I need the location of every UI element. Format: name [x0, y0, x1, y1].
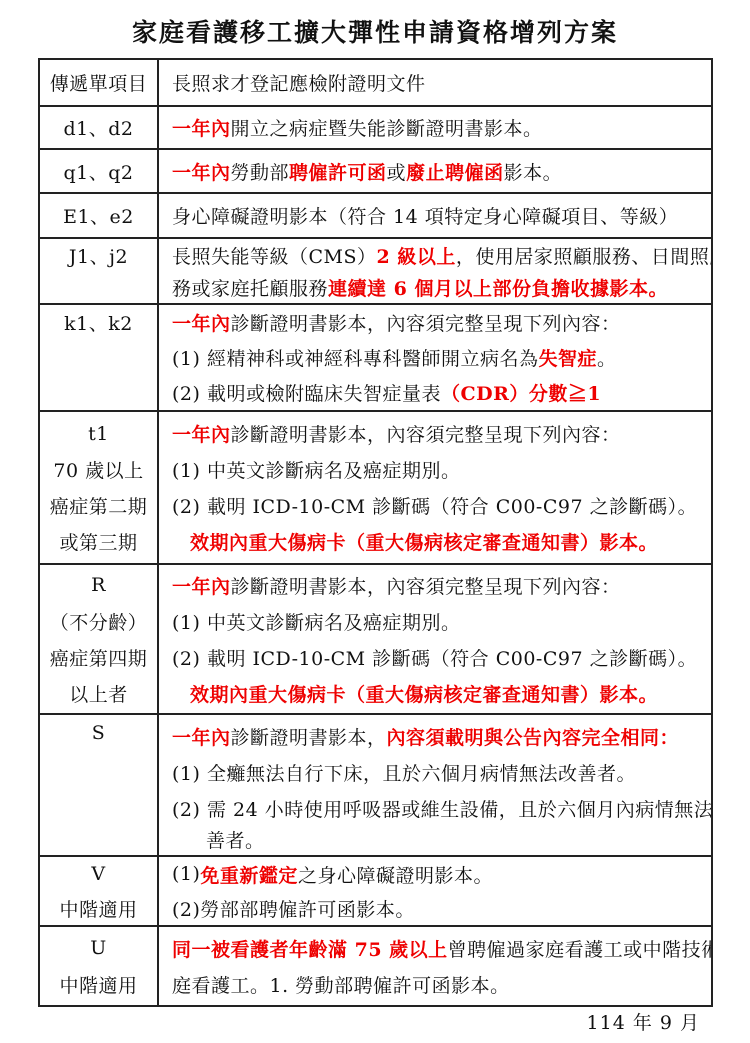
table-row: U中階適用同一被看護者年齡滿 75 歲以上曾聘僱過家庭看護工或中階技術家庭看護工…	[40, 927, 711, 1005]
doc-line: 務或家庭托顧服務連續達 6 個月以上部份負擔收據影本。	[172, 271, 705, 303]
item-line: 或第三期	[59, 524, 137, 560]
doc-line: (1) 經精神科或神經科專科醫師開立病名為失智症。	[172, 340, 705, 375]
document-page: 家庭看護移工擴大彈性申請資格增列方案 傳遞單項目 長照求才登記應檢附證明文件 d…	[0, 0, 750, 1043]
text-segment: 開立之病症暨失能診斷證明書影本。	[231, 114, 543, 141]
table-row: V中階適用(1)免重新鑑定之身心障礙證明影本。(2)勞部部聘僱許可函影本。	[40, 857, 711, 927]
item-line: 70 歲以上	[53, 452, 143, 488]
doc-line: (1) 中英文診斷病名及癌症期別。	[172, 452, 705, 488]
text-segment: 一年內	[172, 158, 231, 185]
item-cell: q1、q2	[40, 150, 159, 192]
item-cell: U中階適用	[40, 927, 159, 1005]
text-segment: 務或家庭托顧服務	[172, 274, 328, 301]
text-segment: 連續達 6 個月以上部份負擔收據影本。	[328, 274, 668, 301]
doc-line: 同一被看護者年齡滿 75 歲以上曾聘僱過家庭看護工或中階技術家	[172, 930, 705, 966]
doc-cell: 一年內診斷證明書影本，內容須完整呈現下列內容：(1) 經精神科或神經科專科醫師開…	[159, 305, 711, 410]
header-doc-cell: 長照求才登記應檢附證明文件	[159, 60, 711, 105]
table-row: d1、d2一年內開立之病症暨失能診斷證明書影本。	[40, 107, 711, 150]
text-segment: 免重新鑑定	[200, 861, 298, 888]
item-line: V	[91, 857, 105, 891]
text-segment: 聘僱許可函	[289, 158, 387, 185]
doc-line: 一年內診斷證明書影本，內容須完整呈現下列內容：	[172, 416, 705, 452]
text-segment: 診斷證明書影本，內容須完整呈現下列內容：	[231, 309, 621, 336]
doc-line: 善者。	[172, 826, 705, 852]
table-row: q1、q2一年內勞動部聘僱許可函或廢止聘僱函影本。	[40, 150, 711, 194]
doc-cell: 身心障礙證明影本（符合 14 項特定身心障礙項目、等級）	[159, 194, 711, 237]
item-cell: d1、d2	[40, 107, 159, 148]
item-cell: V中階適用	[40, 857, 159, 925]
text-segment: 曾聘僱過家庭看護工或中階技術家	[448, 935, 711, 962]
item-line: k1、k2	[64, 305, 133, 340]
table-row: R（不分齡）癌症第四期以上者一年內診斷證明書影本，內容須完整呈現下列內容：(1)…	[40, 565, 711, 715]
text-segment: 內容須載明與公告內容完全相同：	[387, 723, 680, 750]
header-doc-label: 長照求才登記應檢附證明文件	[172, 69, 705, 96]
doc-line: 效期內重大傷病卡（重大傷病核定審查通知書）影本。	[172, 675, 705, 711]
doc-line: (2) 載明 ICD-10-CM 診斷碼（符合 C00-C97 之診斷碼）。	[172, 488, 705, 524]
text-segment: (1) 中英文診斷病名及癌症期別。	[172, 456, 460, 483]
doc-line: 一年內勞動部聘僱許可函或廢止聘僱函影本。	[172, 153, 705, 189]
text-segment: (1)	[172, 863, 200, 885]
item-line: 中階適用	[59, 891, 137, 925]
qualification-table: 傳遞單項目 長照求才登記應檢附證明文件 d1、d2一年內開立之病症暨失能診斷證明…	[38, 58, 713, 1007]
text-segment: 診斷證明書影本，內容須完整呈現下列內容：	[231, 420, 621, 447]
text-segment: 一年內	[172, 723, 231, 750]
text-segment: (2)勞部部聘僱許可函影本。	[172, 895, 415, 922]
text-segment: 失智症	[538, 344, 597, 371]
doc-line: 庭看護工。1. 勞動部聘僱許可函影本。	[172, 966, 705, 1002]
doc-cell: 一年內診斷證明書影本，內容須完整呈現下列內容：(1) 中英文診斷病名及癌症期別。…	[159, 412, 711, 563]
doc-line: (2)勞部部聘僱許可函影本。	[172, 891, 705, 925]
text-segment: 一年內	[172, 114, 231, 141]
item-line: R	[91, 567, 106, 603]
text-segment: (2) 載明 ICD-10-CM 診斷碼（符合 C00-C97 之診斷碼）。	[172, 644, 697, 671]
doc-cell: 同一被看護者年齡滿 75 歲以上曾聘僱過家庭看護工或中階技術家庭看護工。1. 勞…	[159, 927, 711, 1005]
text-segment: 善者。	[206, 826, 265, 853]
doc-cell: 長照失能等級（CMS）2 級以上，使用居家照顧服務、日間照顧服務或家庭托顧服務連…	[159, 239, 711, 303]
item-line: J1、j2	[69, 239, 128, 271]
doc-line: 效期內重大傷病卡（重大傷病核定審查通知書）影本。	[172, 524, 705, 560]
text-segment: 之身心障礙證明影本。	[298, 861, 493, 888]
text-segment: 一年內	[172, 420, 231, 447]
doc-line: (1) 全癱無法自行下床，且於六個月病情無法改善者。	[172, 754, 705, 790]
text-segment: 一年內	[172, 309, 231, 336]
item-line: 癌症第二期	[50, 488, 148, 524]
table-row: E1、e2身心障礙證明影本（符合 14 項特定身心障礙項目、等級）	[40, 194, 711, 239]
doc-cell: 一年內診斷證明書影本，內容須載明與公告內容完全相同：(1) 全癱無法自行下床，且…	[159, 715, 711, 855]
doc-cell: 一年內勞動部聘僱許可函或廢止聘僱函影本。	[159, 150, 711, 192]
text-segment: 廢止聘僱函	[406, 158, 504, 185]
doc-cell: 一年內診斷證明書影本，內容須完整呈現下列內容：(1) 中英文診斷病名及癌症期別。…	[159, 565, 711, 713]
item-cell: t170 歲以上癌症第二期或第三期	[40, 412, 159, 563]
item-line: U	[90, 930, 107, 966]
doc-line: (2) 載明或檢附臨床失智症量表（CDR）分數≧1	[172, 375, 705, 410]
header-item-cell: 傳遞單項目	[40, 60, 159, 105]
doc-line: 一年內診斷證明書影本，內容須載明與公告內容完全相同：	[172, 718, 705, 754]
item-cell: k1、k2	[40, 305, 159, 410]
text-segment: （CDR）分數≧1	[441, 379, 601, 406]
doc-line: (1) 中英文診斷病名及癌症期別。	[172, 603, 705, 639]
table-row: t170 歲以上癌症第二期或第三期一年內診斷證明書影本，內容須完整呈現下列內容：…	[40, 412, 711, 565]
item-line: t1	[88, 416, 109, 452]
text-segment: (2) 載明或檢附臨床失智症量表	[172, 379, 441, 406]
footer-date: 114 年 9 月	[587, 1008, 700, 1035]
text-segment: 效期內重大傷病卡（重大傷病核定審查通知書）影本。	[190, 528, 658, 555]
table-header-row: 傳遞單項目 長照求才登記應檢附證明文件	[40, 60, 711, 107]
text-segment: (1) 經精神科或神經科專科醫師開立病名為	[172, 344, 538, 371]
item-line: S	[92, 715, 106, 750]
item-line: d1、d2	[63, 110, 133, 146]
table-row: k1、k2一年內診斷證明書影本，內容須完整呈現下列內容：(1) 經精神科或神經科…	[40, 305, 711, 412]
item-cell: S	[40, 715, 159, 855]
doc-cell: (1)免重新鑑定之身心障礙證明影本。(2)勞部部聘僱許可函影本。	[159, 857, 711, 925]
item-cell: J1、j2	[40, 239, 159, 303]
doc-line: 一年內診斷證明書影本，內容須完整呈現下列內容：	[172, 305, 705, 340]
item-line: （不分齡）	[50, 603, 148, 639]
text-segment: 。	[597, 344, 617, 371]
doc-line: 一年內開立之病症暨失能診斷證明書影本。	[172, 110, 705, 146]
text-segment: (2) 需 24 小時使用呼吸器或維生設備，且於六個月內病情無法改	[172, 795, 711, 822]
text-segment: 診斷證明書影本，內容須完整呈現下列內容：	[231, 572, 621, 599]
item-cell: R（不分齡）癌症第四期以上者	[40, 565, 159, 713]
text-segment: 診斷證明書影本，	[231, 723, 387, 750]
text-segment: 一年內	[172, 572, 231, 599]
item-line: 以上者	[69, 675, 128, 711]
doc-line: 身心障礙證明影本（符合 14 項特定身心障礙項目、等級）	[172, 198, 705, 234]
item-cell: E1、e2	[40, 194, 159, 237]
item-line: q1、q2	[63, 153, 133, 189]
text-segment: 或	[387, 158, 407, 185]
text-segment: (1) 全癱無法自行下床，且於六個月病情無法改善者。	[172, 759, 636, 786]
item-line: 癌症第四期	[50, 639, 148, 675]
text-segment: 庭看護工。1. 勞動部聘僱許可函影本。	[172, 971, 510, 998]
text-segment: (1) 中英文診斷病名及癌症期別。	[172, 608, 460, 635]
doc-line: (2) 需 24 小時使用呼吸器或維生設備，且於六個月內病情無法改	[172, 790, 705, 826]
doc-line: 長照失能等級（CMS）2 級以上，使用居家照顧服務、日間照顧服	[172, 239, 705, 271]
doc-line: (1)免重新鑑定之身心障礙證明影本。	[172, 857, 705, 891]
text-segment: ，使用居家照顧服務、日間照顧服	[456, 242, 711, 269]
text-segment: 效期內重大傷病卡（重大傷病核定審查通知書）影本。	[190, 680, 658, 707]
table-row: S一年內診斷證明書影本，內容須載明與公告內容完全相同：(1) 全癱無法自行下床，…	[40, 715, 711, 857]
header-item-label: 傳遞單項目	[50, 69, 148, 96]
text-segment: 身心障礙證明影本（符合 14 項特定身心障礙項目、等級）	[172, 202, 678, 229]
text-segment: 2 級以上	[377, 242, 456, 269]
text-segment: 同一被看護者年齡滿 75 歲以上	[172, 935, 448, 962]
text-segment: 影本。	[504, 158, 563, 185]
text-segment: 長照失能等級（CMS）	[172, 242, 377, 269]
doc-line: (2) 載明 ICD-10-CM 診斷碼（符合 C00-C97 之診斷碼）。	[172, 639, 705, 675]
table-row: J1、j2長照失能等級（CMS）2 級以上，使用居家照顧服務、日間照顧服務或家庭…	[40, 239, 711, 305]
doc-line: 一年內診斷證明書影本，內容須完整呈現下列內容：	[172, 567, 705, 603]
item-line: E1、e2	[63, 198, 134, 234]
page-title: 家庭看護移工擴大彈性申請資格增列方案	[0, 0, 750, 49]
item-line: 中階適用	[59, 966, 137, 1002]
doc-cell: 一年內開立之病症暨失能診斷證明書影本。	[159, 107, 711, 148]
text-segment: (2) 載明 ICD-10-CM 診斷碼（符合 C00-C97 之診斷碼）。	[172, 492, 697, 519]
text-segment: 勞動部	[231, 158, 290, 185]
